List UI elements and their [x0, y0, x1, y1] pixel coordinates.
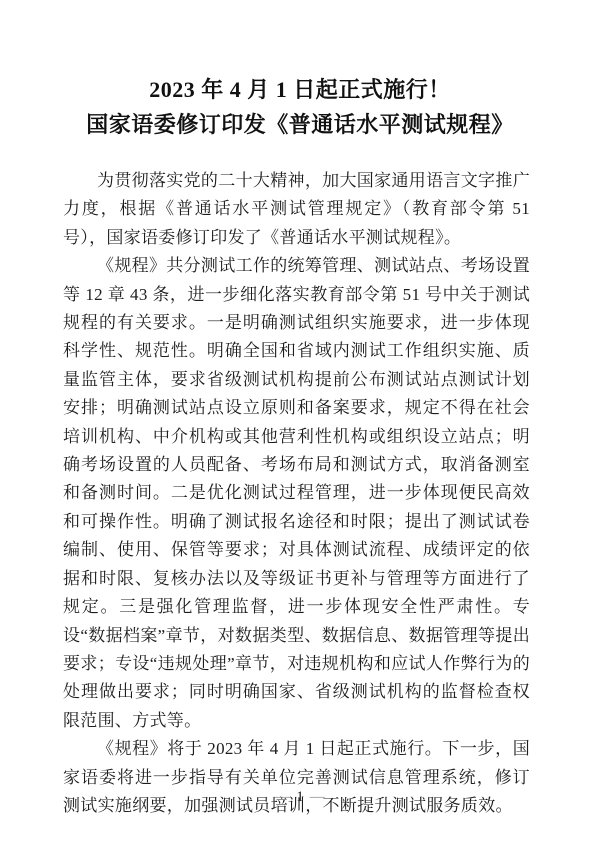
- paragraph-main-content: 《规程》共分测试工作的统筹管理、测试站点、考场设置等 12 章 43 条，进一步…: [63, 252, 530, 735]
- document-body: 为贯彻落实党的二十大精神，加大国家通用语言文字推广力度，根据《普通话水平测试管理…: [63, 167, 530, 820]
- paragraph-closing: 《规程》将于 2023 年 4 月 1 日起正式施行。下一步，国家语委将进一步指…: [63, 735, 530, 820]
- document-title: 2023 年 4 月 1 日起正式施行！ 国家语委修订印发《普通话水平测试规程》: [40, 72, 560, 142]
- page-number: 1: [296, 789, 304, 805]
- page-number-dash-left: —: [269, 789, 296, 805]
- document-title-line-1: 2023 年 4 月 1 日起正式施行！: [40, 72, 560, 107]
- document-title-line-2: 国家语委修订印发《普通话水平测试规程》: [40, 107, 560, 142]
- page-footer: —1—: [0, 789, 600, 806]
- paragraph-intro: 为贯彻落实党的二十大精神，加大国家通用语言文字推广力度，根据《普通话水平测试管理…: [63, 167, 530, 252]
- page-number-dash-right: —: [304, 789, 331, 805]
- document-page: 2023 年 4 月 1 日起正式施行！ 国家语委修订印发《普通话水平测试规程》…: [0, 0, 600, 848]
